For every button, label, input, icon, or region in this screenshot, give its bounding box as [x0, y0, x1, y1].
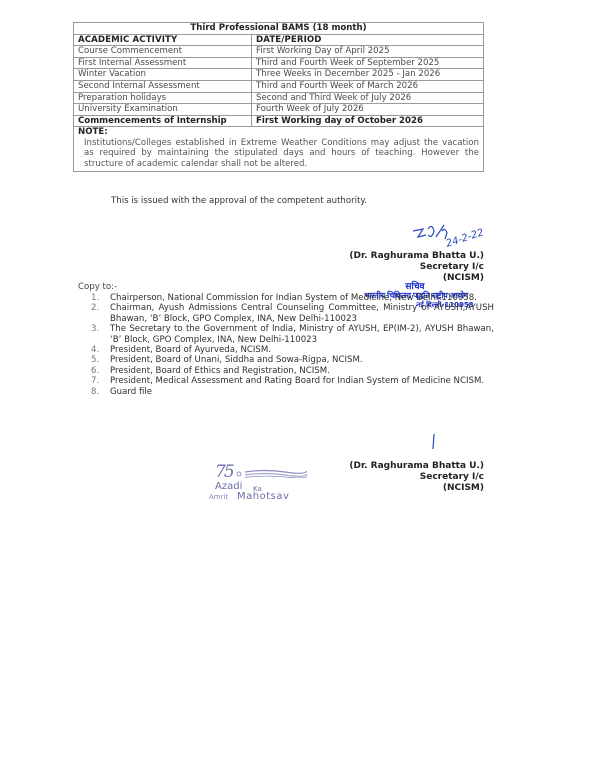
note-cell: NOTE: Institutions/Colleges established …: [74, 127, 484, 172]
signatory-name: (Dr. Raghurama Bhatta U.): [349, 251, 484, 262]
table-row: Winter Vacation Three Weeks in December …: [74, 69, 484, 81]
list-item: 7.President, Medical Assessment and Rati…: [78, 376, 494, 386]
list-item: 6.President, Board of Ethics and Registr…: [78, 366, 494, 376]
handwritten-signature-icon: 24-2-22: [408, 215, 498, 255]
table-title: Third Professional BAMS (18 month): [74, 23, 484, 35]
period-cell: Fourth Week of July 2026: [252, 104, 484, 116]
table-header-row: ACADEMIC ACTIVITY DATE/PERIOD: [74, 34, 484, 46]
approval-statement: This is issued with the approval of the …: [111, 196, 367, 206]
table-row: University Examination Fourth Week of Ju…: [74, 104, 484, 116]
flag-wave-icon: [235, 469, 307, 478]
activity-cell: Preparation holidays: [74, 92, 252, 104]
note-label: NOTE:: [78, 127, 479, 138]
document-page: Third Professional BAMS (18 month) ACADE…: [0, 0, 592, 768]
signature-mark-icon: [430, 432, 438, 452]
activity-cell: Winter Vacation: [74, 69, 252, 81]
table-row: Commencements of Internship First Workin…: [74, 115, 484, 127]
logo-mahotsav: Mahotsav: [237, 491, 289, 502]
signatory-designation: Secretary I/c: [349, 472, 484, 483]
activity-cell: University Examination: [74, 104, 252, 116]
activity-cell: Second Internal Assessment: [74, 80, 252, 92]
note-row: NOTE: Institutions/Colleges established …: [74, 127, 484, 172]
column-header-activity: ACADEMIC ACTIVITY: [74, 34, 252, 46]
period-cell: Second and Third Week of July 2026: [252, 92, 484, 104]
logo-75: 75: [215, 462, 233, 482]
table-title-row: Third Professional BAMS (18 month): [74, 23, 484, 35]
signature-block-2: (Dr. Raghurama Bhatta U.) Secretary I/c …: [349, 461, 484, 495]
azadi-ka-amrit-mahotsav-logo: 75 Azadi Ka Amrit Mahotsav: [205, 464, 315, 512]
activity-cell: Course Commencement: [74, 46, 252, 58]
period-cell: Third and Fourth Week of March 2026: [252, 80, 484, 92]
period-cell: Third and Fourth Week of September 2025: [252, 57, 484, 69]
period-cell: First Working day of October 2026: [252, 115, 484, 127]
copy-to-label: Copy to:-: [78, 282, 117, 292]
list-item: 8.Guard file: [78, 387, 494, 397]
list-item: 5.President, Board of Unani, Siddha and …: [78, 355, 494, 365]
table-row: Preparation holidays Second and Third We…: [74, 92, 484, 104]
list-item: 3.The Secretary to the Government of Ind…: [78, 324, 494, 345]
academic-calendar-table: Third Professional BAMS (18 month) ACADE…: [73, 22, 484, 172]
list-item: 1.Chairperson, National Commission for I…: [78, 293, 494, 303]
signatory-designation: Secretary I/c: [349, 262, 484, 273]
column-header-period: DATE/PERIOD: [252, 34, 484, 46]
note-text: Institutions/Colleges established in Ext…: [78, 138, 479, 169]
table-row: Course Commencement First Working Day of…: [74, 46, 484, 58]
svg-text:24-2-22: 24-2-22: [445, 227, 486, 250]
activity-cell: Commencements of Internship: [74, 115, 252, 127]
copy-to-list: 1.Chairperson, National Commission for I…: [78, 293, 494, 397]
signatory-name: (Dr. Raghurama Bhatta U.): [349, 461, 484, 472]
period-cell: Three Weeks in December 2025 - Jan 2026: [252, 69, 484, 81]
period-cell: First Working Day of April 2025: [252, 46, 484, 58]
list-item: 2.Chairman, Ayush Admissions Central Cou…: [78, 303, 494, 324]
activity-cell: First Internal Assessment: [74, 57, 252, 69]
list-item: 4.President, Board of Ayurveda, NCISM.: [78, 345, 494, 355]
logo-amrit: Amrit: [209, 493, 228, 501]
signatory-org: (NCISM): [349, 483, 484, 494]
table-row: Second Internal Assessment Third and Fou…: [74, 80, 484, 92]
table-row: First Internal Assessment Third and Four…: [74, 57, 484, 69]
